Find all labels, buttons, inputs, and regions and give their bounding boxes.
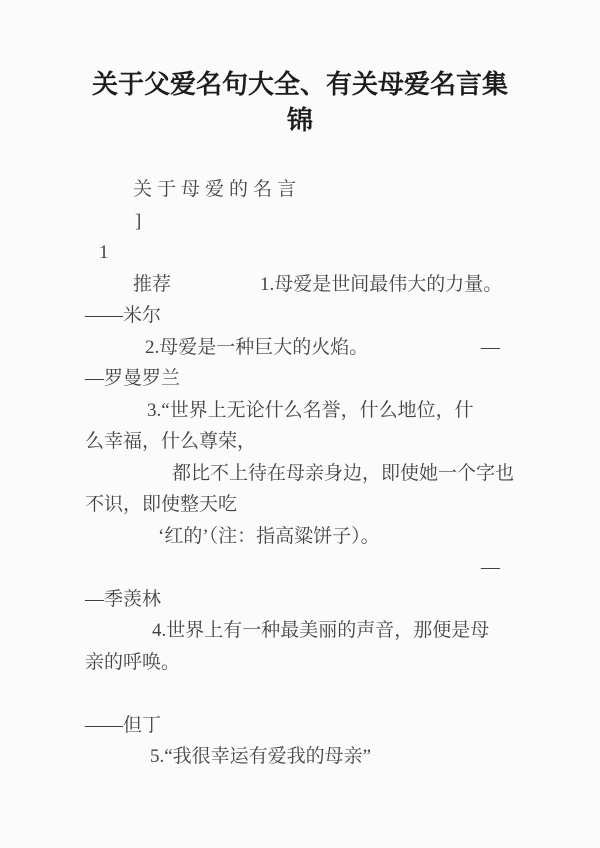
document-title: 关于父爱名句大全、有关母爱名言集 锦 [0, 0, 600, 138]
blank-line [85, 678, 500, 710]
quote-2-author: —罗曼罗兰 [85, 363, 500, 395]
quote-4-author: ——但丁 [85, 710, 500, 742]
quote-3-trailing-dash: — [85, 552, 500, 584]
document-body: 关于母爱的名言 ] 1 推荐1.母爱是世间最伟大的力量。 ——米尔 2.母爱是一… [85, 174, 500, 773]
document-page: 关于父爱名句大全、有关母爱名言集 锦 关于母爱的名言 ] 1 推荐1.母爱是世间… [0, 0, 600, 848]
title-line-1: 关于父爱名句大全、有关母爱名言集 [0, 66, 600, 102]
quote-2-text: 2.母爱是一种巨大的火焰。 [85, 332, 368, 364]
bracket-character: ] [85, 206, 500, 238]
page-number: 1 [85, 237, 500, 269]
quote-3-line-5: ‘红的’（注：指高粱饼子）。 [85, 521, 500, 553]
section-heading: 关于母爱的名言 [85, 174, 500, 206]
recommend-label: 推荐 [85, 274, 171, 295]
quote-4-line-2: 亲的呼唤。 [85, 647, 500, 679]
quote-3-line-1: 3.“世界上无论什么名誉，什么地位，什 [85, 395, 500, 427]
quote-3-author: —季羡林 [85, 584, 500, 616]
quote-3-line-4: 不识，即使整天吃 [85, 489, 500, 521]
quote-1-author: ——米尔 [85, 300, 500, 332]
quote-2-trailing-dash: — [481, 332, 500, 364]
quote-4-line-1: 4.世界上有一种最美丽的声音，那便是母 [85, 615, 500, 647]
quote-5-line: 5.“我很幸运有爱我的母亲” [85, 741, 500, 773]
quote-1-line: 推荐1.母爱是世间最伟大的力量。 [85, 269, 500, 301]
quote-3-line-3: 都比不上待在母亲身边，即使她一个字也 [85, 458, 500, 490]
quote-3-line-2: 么幸福，什么尊荣， [85, 426, 500, 458]
quote-1-text: 1.母爱是世间最伟大的力量。 [260, 274, 502, 295]
quote-2-line: 2.母爱是一种巨大的火焰。 — [85, 332, 500, 364]
title-line-2: 锦 [0, 102, 600, 138]
